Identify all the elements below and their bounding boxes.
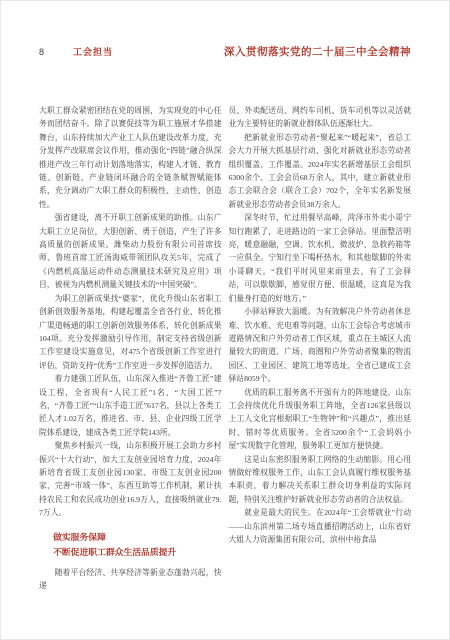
subheading-line-1: 做实服务保障	[53, 530, 221, 546]
subheading-line-2: 不断促进职工群众生活品质提升	[53, 545, 221, 561]
article-paragraph: 优质的职工服务离不开强有力的阵地建设。山东工会持续优化升级服务职工阵地，全省12…	[229, 386, 412, 453]
header-title: 深入贯彻落实党的二十届三中全会精神	[224, 44, 411, 59]
left-column: 大职工群众紧密团结在党的周围，为实现党的中心任务而团结奋斗。除了以赛促技等为职工…	[39, 104, 222, 592]
page-number: 8	[39, 47, 44, 57]
article-paragraph: 员、外卖配送员、网约车司机、货车司机等以灵活就业为主要特征的新就业群体队伍逐渐壮…	[229, 104, 412, 131]
magazine-page: 8 工会担当 深入贯彻落实党的二十届三中全会精神 大职工群众紧密团结在党的周围，…	[0, 0, 450, 640]
page-header: 8 工会担当 深入贯彻落实党的二十届三中全会精神	[39, 44, 411, 59]
right-column: 员、外卖配送员、网约车司机、货车司机等以灵活就业为主要特征的新就业群体队伍逐渐壮…	[229, 104, 412, 592]
article-paragraph: 大职工群众紧密团结在党的周围，为实现党的中心任务而团结奋斗。除了以赛促技等为职工…	[39, 104, 222, 211]
article-paragraph: 这是山东密织服务职工网络的生动缩影。用心用情做好维权服务工作，山东工会认真履行维…	[229, 453, 412, 507]
article-paragraph: 小驿站释放大温暖。为有效解决户外劳动者休息难、饮水难、充电难等问题，山东工会综合…	[229, 305, 412, 385]
article-body: 大职工群众紧密团结在党的周围，为实现党的中心任务而团结奋斗。除了以赛促技等为职工…	[39, 104, 411, 592]
section-subheading: 做实服务保障 不断促进职工群众生活品质提升	[39, 530, 222, 561]
article-paragraph: 着力建强工匠队伍，山东深入推进“齐鲁工匠”建设工程，全省现有“人民工匠”1名、“…	[39, 372, 222, 439]
section-label: 工会担当	[73, 45, 113, 58]
article-paragraph: 就业是最大的民生。在2024年“工会帮就业”行动——山东滨州第二场专场直播招聘活…	[229, 506, 412, 546]
article-paragraph: 强省建设，离不开职工创新成果的助推。山东广大职工立足岗位，大胆创新、勇于创造，产…	[39, 211, 222, 291]
article-paragraph: 随着平台经济、共享经济等新业态蓬勃兴起，快递	[39, 566, 222, 593]
article-paragraph: 聚焦乡村振兴一线，山东积极开展工会助力乡村振兴“十大行动”，加大工友创业园培育力…	[39, 439, 222, 519]
article-paragraph: 把新就业形态劳动者“聚起来”“暖起来”，省总工会大力开展大抓基层行动，强化对新就…	[229, 131, 412, 211]
article-paragraph: 深冬时节，忙过用餐早高峰，菏泽市外卖小哥宁知行跑累了，走进路边的一家工会驿站。里…	[229, 211, 412, 305]
article-paragraph: 为职工创新成果找“婆家”，优化升级山东省职工创新创效服务基地，构建起覆盖全省各行…	[39, 292, 222, 372]
